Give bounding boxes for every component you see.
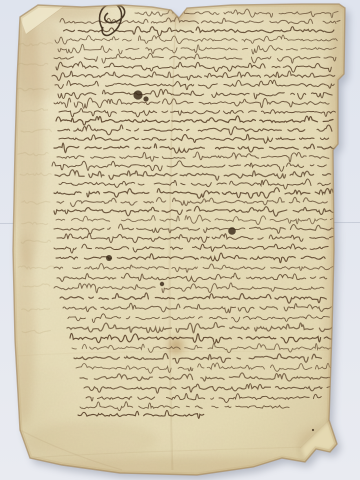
edge-vignette [0,0,360,480]
ink-blot [133,90,142,99]
paper-surface [0,0,360,480]
manuscript-page [0,0,360,480]
ink-blot [106,255,112,261]
ink-blot [160,282,164,286]
scanned-document-view [0,0,360,480]
ink-blot [312,429,314,431]
ink-blot [143,96,148,101]
ink-blot [228,227,236,235]
